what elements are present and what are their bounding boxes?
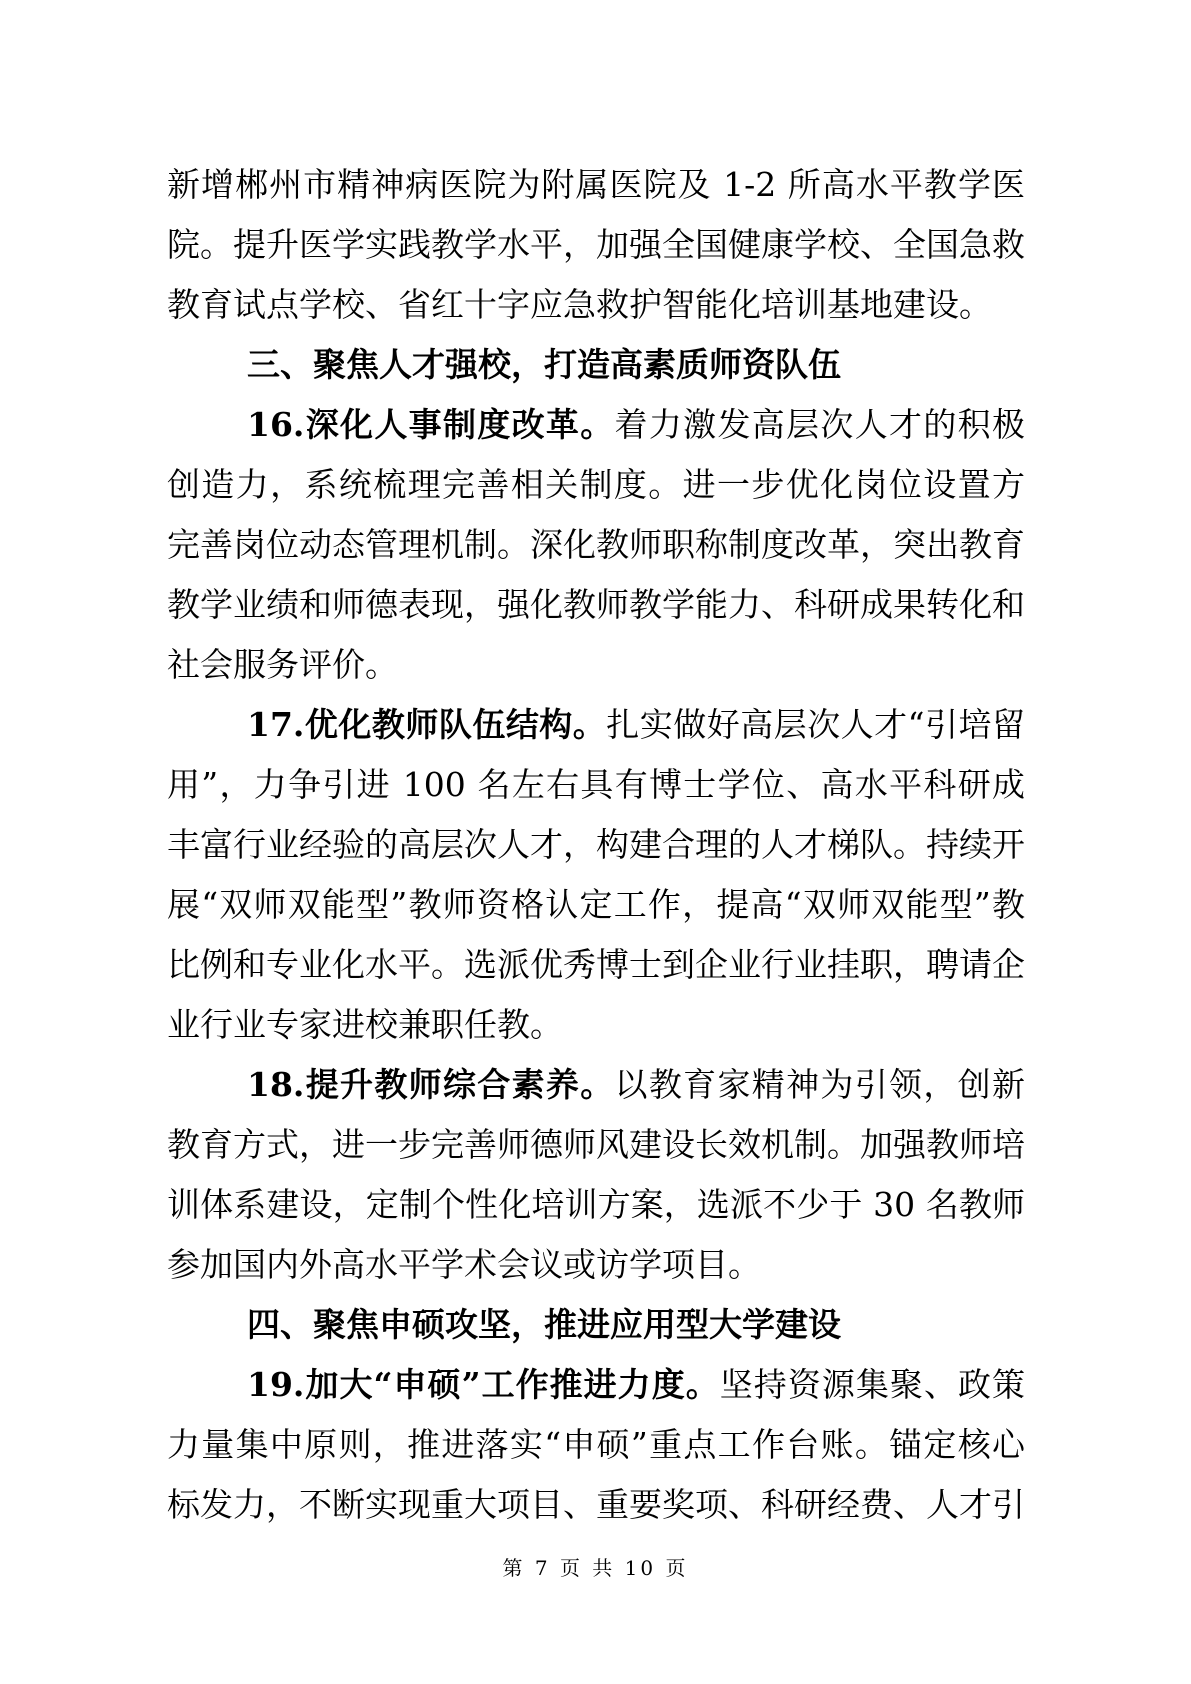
paragraph-lead-18: 18.提升教师综合素养。	[247, 1065, 615, 1104]
text-line: 教育方式，进一步完善师德师风建设长效机制。加强教师培	[167, 1115, 1025, 1175]
text-line: 完善岗位动态管理机制。深化教师职称制度改革，突出教育	[167, 515, 1025, 575]
paragraph-lead-16: 16.深化人事制度改革。	[247, 405, 615, 444]
text-line: 力量集中原则，推进落实“申硕”重点工作台账。锚定核心指	[167, 1415, 1025, 1475]
text-line: 新增郴州市精神病医院为附属医院及 1-2 所高水平教学医	[167, 155, 1025, 215]
text-line: 17.优化教师队伍结构。扎实做好高层次人才“引培留	[167, 695, 1025, 755]
section-heading-3: 三、聚焦人才强校，打造高素质师资队伍	[167, 335, 1025, 395]
text-line: 院。提升医学实践教学水平，加强全国健康学校、全国急救	[167, 215, 1025, 275]
text-line: 19.加大“申硕”工作推进力度。坚持资源集聚、政策集成、	[167, 1355, 1025, 1415]
text-line: 训体系建设，定制个性化培训方案，选派不少于 30 名教师	[167, 1175, 1025, 1235]
text-line: 参加国内外高水平学术会议或访学项目。	[167, 1235, 1025, 1295]
text-line: 比例和专业化水平。选派优秀博士到企业行业挂职，聘请企	[167, 935, 1025, 995]
text-line: 18.提升教师综合素养。以教育家精神为引领，创新师德	[167, 1055, 1025, 1115]
document-body: 新增郴州市精神病医院为附属医院及 1-2 所高水平教学医 院。提升医学实践教学水…	[167, 155, 1025, 1535]
text-line: 16.深化人事制度改革。着力激发高层次人才的积极性和	[167, 395, 1025, 455]
text-line: 教育试点学校、省红十字应急救护智能化培训基地建设。	[167, 275, 1025, 335]
text-line: 标发力，不断实现重大项目、重要奖项、科研经费、人才引	[167, 1475, 1025, 1535]
text-line: 展“双师双能型”教师资格认定工作，提高“双师双能型”教师	[167, 875, 1025, 935]
text-line: 创造力，系统梳理完善相关制度。进一步优化岗位设置方案，	[167, 455, 1025, 515]
text-line: 业行业专家进校兼职任教。	[167, 995, 1025, 1055]
section-heading-4: 四、聚焦申硕攻坚，推进应用型大学建设	[167, 1295, 1025, 1355]
text-line: 教学业绩和师德表现，强化教师教学能力、科研成果转化和	[167, 575, 1025, 635]
paragraph-lead-19: 19.加大“申硕”工作推进力度。	[247, 1365, 720, 1404]
document-page: 新增郴州市精神病医院为附属医院及 1-2 所高水平教学医 院。提升医学实践教学水…	[0, 0, 1191, 1684]
text-line: 社会服务评价。	[167, 635, 1025, 695]
text-run: 扎实做好高层次人才“引培留	[606, 705, 1025, 744]
text-line: 丰富行业经验的高层次人才，构建合理的人才梯队。持续开	[167, 815, 1025, 875]
paragraph-lead-17: 17.优化教师队伍结构。	[247, 705, 606, 744]
page-footer: 第 7 页 共 10 页	[0, 1552, 1191, 1581]
text-line: 用”，力争引进 100 名左右具有博士学位、高水平科研成果和	[167, 755, 1025, 815]
